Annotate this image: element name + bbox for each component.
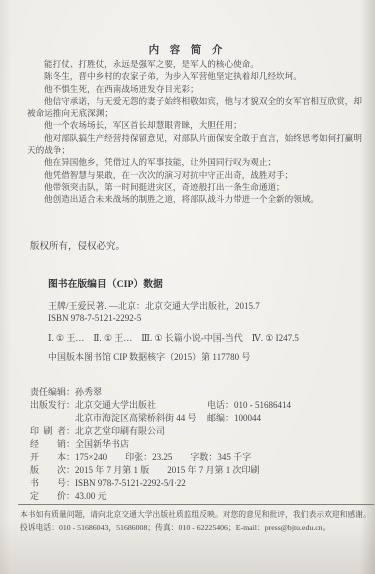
pub-value: ISBN 978-7-5121-2292-5/I·22 (75, 478, 186, 488)
pub-value: 孙秀翠 (75, 387, 102, 397)
pub-label: 开本 (30, 451, 66, 464)
section-title: 内 容 简 介 (0, 42, 375, 57)
intro-line: 他一个农场场长，军区首长却慧眼青睐，大胆任用； (27, 119, 357, 131)
intro-line: 他凭借智慧与果敢，在一次次的演习对抗中守正出奇，战胜对手； (27, 169, 357, 181)
publication-info: 责任编辑：孙秀翠 出版发行：北京交通大学出版社 电话：010 - 5168641… (30, 386, 360, 503)
copyright-page: 内 容 简 介 能打仗、打胜仗，永远是强军之要，是军人的核心使命。 陈冬生，晋中… (0, 0, 375, 574)
pub-value: 北京交通大学出版社 (75, 400, 156, 410)
intro-line: 被命运推向无底深渊； (27, 107, 357, 119)
pub-label: 责任编辑 (30, 386, 66, 399)
pub-colon: ： (66, 400, 75, 410)
pub-phone: 电话：010 - 51686414 (207, 399, 291, 412)
cip-line-classification: Ⅰ. ① 王… Ⅱ. ① 王… Ⅲ. ① 长篇小说-中国-当代 Ⅳ. ① I24… (48, 331, 299, 344)
footer-contact-note: 投诉电话：010 - 51686043，51686008；传真：010 - 62… (20, 522, 330, 533)
pub-postcode: 邮编：100044 (207, 412, 261, 425)
pub-row-format: 开本：175×240 印张：23.25 字数：345 千字 (30, 451, 360, 464)
pub-row-publisher: 出版发行：北京交通大学出版社 电话：010 - 51686414 (30, 399, 360, 412)
intro-line: 他带领突击队，第一时间挺进灾区，奇迹般打出一条生命通道； (27, 181, 357, 193)
pub-colon: ： (66, 465, 75, 475)
pub-value: 2015 年 7 月第 1 版 2015 年 7 月第 1 次印刷 (75, 465, 260, 475)
pub-value: 175×240 印张：23.25 字数：345 千字 (75, 452, 251, 462)
footer-quality-note: 本书如有质量问题，请向北京交通大学出版社质监组反映。对您的意见和批评，我们表示欢… (20, 509, 371, 520)
cip-line-isbn: ISBN 978-7-5121-2292-5 (48, 313, 141, 323)
pub-row-editor: 责任编辑：孙秀翠 (30, 386, 360, 399)
pub-colon: ： (66, 478, 75, 488)
intro-line: 他不惧生死，在西南战场迸发夺目光彩； (27, 83, 357, 95)
pub-colon: ： (66, 426, 75, 436)
copyright-notice: 版权所有，侵权必究。 (30, 238, 125, 252)
pub-label: 出版发行 (30, 399, 66, 412)
pub-value: 北京市海淀区高梁桥斜街 44 号 (30, 413, 197, 423)
intro-line: 他信守承诺，与无爱无怨的妻子始终相敬如宾，他与才貌双全的女军官相互欣赏，却 (27, 95, 357, 107)
pub-row-price: 定价：43.00 元 (30, 490, 360, 503)
pub-colon: ： (66, 452, 75, 462)
pub-label: 版次 (30, 464, 66, 477)
intro-line: 他在异国他乡，凭借过人的军事技能，让外国同行叹为观止； (27, 156, 357, 168)
pub-colon: ： (66, 439, 75, 449)
intro-summary: 能打仗、打胜仗，永远是强军之要，是军人的核心使命。 陈冬生，晋中乡村的农家子弟，… (27, 58, 357, 206)
intro-line: 陈冬生，晋中乡村的农家子弟，为步入军营他坚定执着却几经坎坷。 (27, 70, 357, 82)
intro-line: 天的战争； (27, 144, 357, 156)
intro-line: 能打仗、打胜仗，永远是强军之要，是军人的核心使命。 (27, 58, 357, 70)
cip-line-record-number: 中国版本图书馆 CIP 数据核字（2015）第 117780 号 (48, 350, 250, 363)
pub-row-address: 北京市海淀区高梁桥斜街 44 号 邮编：100044 (30, 412, 360, 425)
pub-colon: ： (66, 387, 75, 397)
divider-rule (18, 504, 374, 505)
pub-value: 全国新华书店 (75, 439, 129, 449)
pub-label: 书号 (30, 477, 66, 490)
pub-value: 43.00 元 (75, 491, 107, 501)
pub-row-distributor: 经销：全国新华书店 (30, 438, 360, 451)
intro-line: 他创造出适合未来战场的制胜之道，将部队战斗力带进一个全新的领域。 (27, 193, 357, 205)
pub-label: 经销 (30, 438, 66, 451)
cip-line-title-author: 王牌/王爱民著. —北京：北京交通大学出版社，2015.7 (48, 299, 260, 312)
pub-row-edition: 版次：2015 年 7 月第 1 版 2015 年 7 月第 1 次印刷 (30, 464, 360, 477)
pub-colon: ： (66, 491, 75, 501)
pub-label: 印刷者 (30, 425, 66, 438)
pub-value: 北京艺堂印刷有限公司 (75, 426, 165, 436)
cip-header: 图书在版编目（CIP）数据 (48, 276, 163, 290)
pub-label: 定价 (30, 490, 66, 503)
pub-row-printer: 印刷者：北京艺堂印刷有限公司 (30, 425, 360, 438)
pub-row-book-number: 书号：ISBN 978-7-5121-2292-5/I·22 (30, 477, 360, 490)
intro-line: 他对部队搞生产经营持保留意见，对部队片面保安全敢于直言，始终思考如何打赢明 (27, 132, 357, 144)
